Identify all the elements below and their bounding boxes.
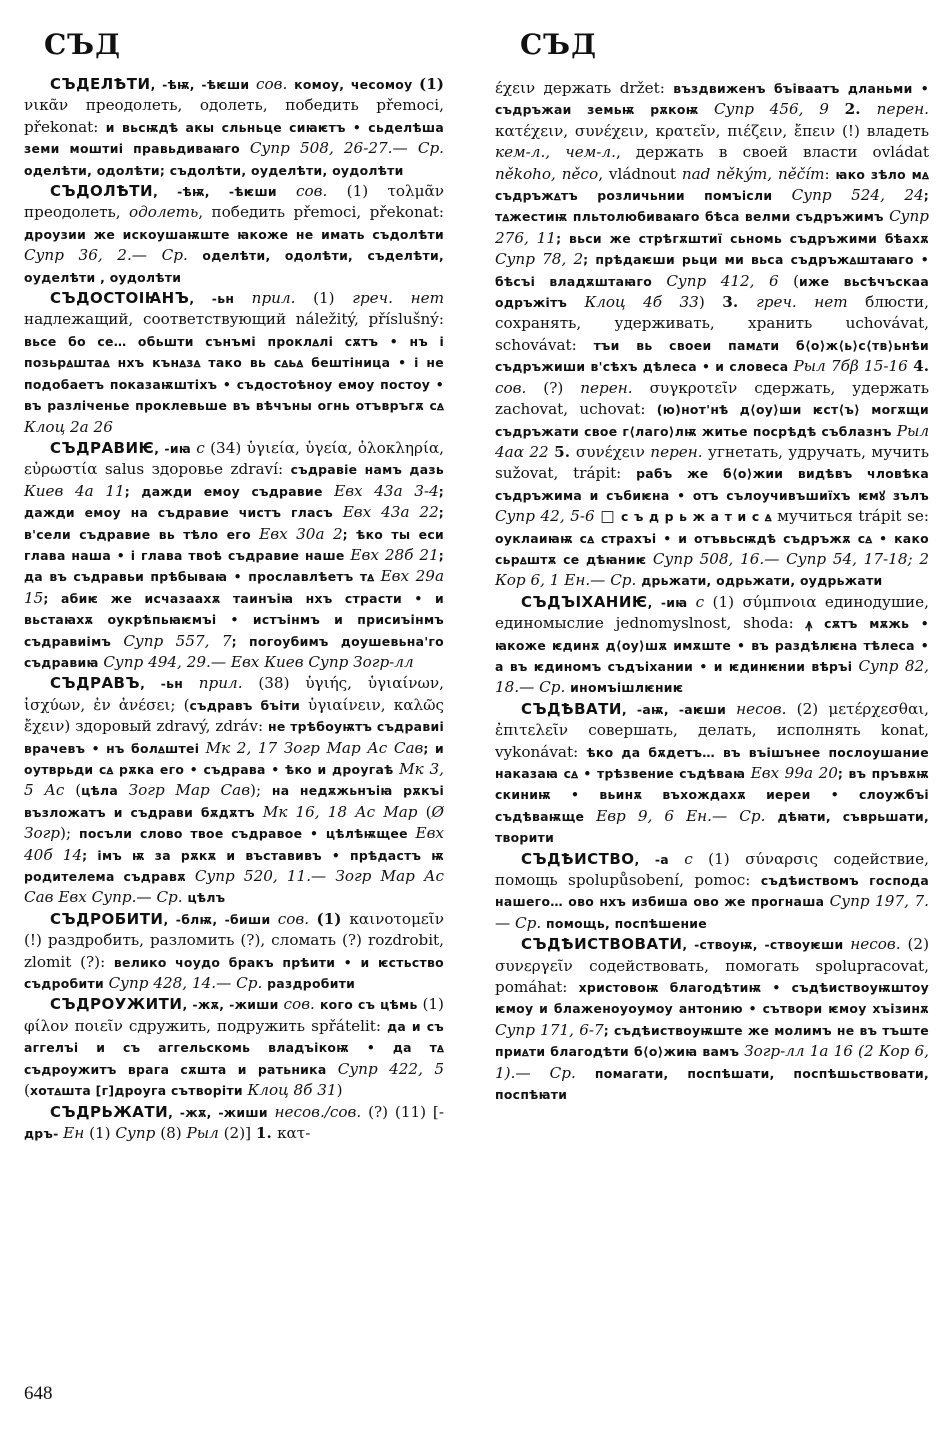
dictionary-entry: СЪДЕЛѢТИ, -ѣѭ, -ѣѥши сов. комоу, чесомоу… [24, 74, 444, 181]
old-church-slavonic-text: дрьжати, одрьжати, оудрьжати [641, 573, 882, 588]
italic-annotation: перен. [650, 443, 708, 461]
gloss-text: ) [337, 1081, 343, 1099]
italic-annotation: несов. [850, 935, 907, 953]
dictionary-entry: СЪДРОУЖИТИ, -жѫ, -жиши сов. кого съ цѣмь… [24, 994, 444, 1101]
italic-annotation: Евх 99а 20 [751, 764, 838, 782]
old-church-slavonic-text: ; вьси же стрѣгѫштиї сьномь съдръжими бѣ… [556, 231, 929, 246]
italic-annotation: Ен [63, 1124, 89, 1142]
gloss-text: мучиться trápit se: [777, 507, 929, 525]
italic-annotation: Евх 28б 21 [350, 546, 438, 564]
gloss-text: □ [600, 507, 621, 525]
italic-annotation: Супр 171, 6-7 [495, 1021, 604, 1039]
dictionary-entry: СЪДОЛѢТИ, -ѣѭ, -ѣѥши сов. (1) τολμᾶν пре… [24, 181, 444, 288]
old-church-slavonic-text: , -блѭ, -биши [163, 912, 277, 927]
old-church-slavonic-text: съдравіе намъ дазь [291, 462, 444, 477]
entry-headword: СЪДѢВАТИ [521, 700, 622, 718]
old-church-slavonic-text: , -жѫ, -жиши [182, 997, 283, 1012]
gloss-text: 5. [554, 443, 576, 461]
italic-annotation: с [196, 439, 210, 457]
italic-annotation: несов. [736, 700, 797, 718]
dictionary-entry: СЪДѢВАТИ, -аѭ, -аѥши несов. (2) μετέρχεσ… [495, 699, 929, 849]
old-church-slavonic-text: цѣлъ [187, 890, 225, 905]
italic-annotation: Евх 30а 2 [259, 525, 343, 543]
right-column: έχειν держать držet: въздвиженъ бъіваатъ… [495, 78, 929, 1106]
old-church-slavonic-text: , -ѣѭ, -ѣѥши [151, 77, 256, 92]
gloss-text: (?) (11) [- [368, 1103, 444, 1121]
old-church-slavonic-text: комоу, чесомоу [294, 77, 419, 92]
entry-headword: СЪДРОБИТИ [50, 910, 163, 928]
dictionary-entry: СЪДРАВИѤ, -иꙗ с (34) ὑγιεία, ὑγεία, ὁλοκ… [24, 438, 444, 673]
old-church-slavonic-text: раздробити [267, 976, 355, 991]
italic-annotation: сов. [495, 379, 543, 397]
italic-annotation: кем-л., чем-л. [495, 143, 616, 161]
italic-annotation: nad někým, něčím [682, 165, 825, 183]
italic-annotation: Супр 36, 2.— Ср. [24, 246, 202, 264]
italic-annotation: сов. [278, 910, 317, 928]
old-church-slavonic-text: , -а [635, 852, 685, 867]
old-church-slavonic-text: посъли слово твое съдравое • цѣлѣѭщее [79, 826, 416, 841]
italic-annotation: с [696, 593, 713, 611]
italic-annotation: греч. нет [756, 293, 865, 311]
italic-annotation: Супр 508, 26-27.— Ср. [250, 139, 444, 157]
italic-annotation: Супр 524, 24 [792, 186, 924, 204]
italic-annotation: Клоц 4б 33 [584, 293, 698, 311]
gloss-text: (1) [313, 289, 352, 307]
gloss-text: надлежащий, соответствующий náležitý, př… [24, 310, 444, 328]
old-church-slavonic-text: кого съ цѣмь [320, 997, 423, 1012]
gloss-text: 4. [913, 357, 929, 375]
gloss-text: κατ- [277, 1124, 310, 1142]
dictionary-entry: СЪДРЬЖАТИ, -жѫ, -жиши несов./сов. (?) (1… [24, 1102, 444, 1145]
old-church-slavonic-text: дръ- [24, 1126, 63, 1141]
italic-annotation: Евх 43а 22 [343, 503, 439, 521]
left-column: СЪДЕЛѢТИ, -ѣѭ, -ѣѥши сов. комоу, чесомоу… [24, 74, 444, 1144]
gloss-text: ); [60, 824, 79, 842]
page-number: 648 [24, 1383, 53, 1405]
old-church-slavonic-text: , -ьн [189, 291, 251, 306]
old-church-slavonic-text: дроузии же искоушаѭште ꙗкоже не имать съ… [24, 227, 444, 242]
gloss-text: 1. [256, 1124, 277, 1142]
dictionary-entry: СЪДѢИСТВО, -а с (1) σύναρσις содействие,… [495, 849, 929, 935]
italic-annotation: Мк 16, 18 Ас Мар [263, 803, 426, 821]
gloss-text: , победить přemoci, překonat: [198, 203, 444, 221]
entry-headword: СЪДРОУЖИТИ [50, 995, 182, 1013]
italic-annotation: Супр 42, 5-6 [495, 507, 600, 525]
italic-annotation: греч. нет [352, 289, 444, 307]
dictionary-page: СЪД СЪД СЪДЕЛѢТИ, -ѣѭ, -ѣѥши сов. комоу,… [0, 0, 950, 1439]
entry-headword: СЪДѢИСТВО [521, 850, 635, 868]
italic-annotation: Супр 412, 6 [666, 272, 793, 290]
old-church-slavonic-text: оделѣти, одолѣти; съдолѣти, оуделѣти, оу… [24, 163, 404, 178]
italic-annotation: одолеть [129, 203, 198, 221]
italic-annotation: Супр 428, 14.— Ср. [109, 974, 268, 992]
gloss-text: ); [250, 781, 272, 799]
italic-annotation: Зогр Мар Сав [129, 781, 250, 799]
old-church-slavonic-text: , -иꙗ [648, 595, 696, 610]
italic-annotation: Супр 78, 2 [495, 250, 583, 268]
old-church-slavonic-text: , -аѭ, -аѥши [622, 702, 736, 717]
old-church-slavonic-text: хотꙙшта [г]дроуга сътворіти [30, 1083, 248, 1098]
italic-annotation: Мк 2, 17 Зогр Мар Ас Сав [206, 739, 424, 757]
running-head-right: СЪД [520, 28, 597, 61]
gloss-text: 3. [722, 293, 756, 311]
old-church-slavonic-text: вьсе бо се… обьшти сънъмі проклꙙлі сѫтъ … [24, 334, 444, 413]
gloss-text: (1) [419, 75, 444, 93]
italic-annotation: Клоц 2а 26 [24, 418, 113, 436]
gloss-text: , vládnout [598, 165, 682, 183]
italic-annotation: несов./сов. [274, 1103, 368, 1121]
old-church-slavonic-text: , -жѫ, -жиши [168, 1105, 274, 1120]
italic-annotation: Евр 9, 6 Ен.— Ср. [596, 807, 777, 825]
italic-annotation: с [684, 850, 708, 868]
entry-headword: СЪДОСТОІꙖНЪ [50, 289, 189, 307]
gloss-text: : [825, 165, 836, 183]
gloss-text: συνέχειν [576, 443, 650, 461]
italic-annotation: Рыл [187, 1124, 224, 1142]
italic-annotation: сов. [256, 75, 294, 93]
old-church-slavonic-text: иномъішлѥниѥ [570, 680, 683, 695]
old-church-slavonic-text: ; дажди емоу съдравие [125, 484, 334, 499]
old-church-slavonic-text: , -иꙗ [154, 441, 196, 456]
entry-headword: СЪДРЬЖАТИ [50, 1103, 168, 1121]
italic-annotation: прил. [252, 289, 313, 307]
dictionary-entry: СЪДРАВЪ, -ьн прил. (38) ὑγιής, ὑγιαίνων,… [24, 673, 444, 908]
italic-annotation: перен. [877, 100, 929, 118]
entry-headword: СЪДѢИСТВОВАТИ [521, 935, 682, 953]
gloss-text: (1) [89, 1124, 115, 1142]
italic-annotation: Киев 4а 11 [24, 482, 125, 500]
italic-annotation: перен. [580, 379, 649, 397]
entry-headword: СЪДРАВИѤ [50, 439, 154, 457]
gloss-text: , держать в своей власти ovládat [616, 143, 929, 161]
dictionary-entry: СЪДОСТОІꙖНЪ, -ьн прил. (1) греч. нет над… [24, 288, 444, 438]
old-church-slavonic-text: с ъ д р ь ж а т и с ꙙ [621, 509, 777, 524]
italic-annotation: Супр [115, 1124, 160, 1142]
dictionary-entry: СЪДРОБИТИ, -блѭ, -биши сов. (1) καινοτομ… [24, 909, 444, 995]
old-church-slavonic-text: цѣла [81, 783, 129, 798]
italic-annotation: прил. [199, 674, 259, 692]
entry-headword: СЪДРАВЪ [50, 674, 140, 692]
entry-headword: СЪДЪІХАНИѤ [521, 593, 648, 611]
old-church-slavonic-text: съдравъ бъіти [190, 698, 309, 713]
old-church-slavonic-text: , -ьн [140, 676, 199, 691]
dictionary-entry: έχειν держать držet: въздвиженъ бъіваатъ… [495, 78, 929, 592]
dictionary-entry: СЪДѢИСТВОВАТИ, -ствоуѭ, -ствоуѥши несов.… [495, 934, 929, 1105]
gloss-text: (1) [317, 910, 350, 928]
italic-annotation: Супр 557, 7 [123, 632, 231, 650]
running-head-left: СЪД [44, 28, 121, 61]
italic-annotation: Супр 494, 29.— Евх Киев Супр Зогр-лл [103, 653, 413, 671]
gloss-text: κατέχειν, συνέχειν, κρατεῖν, πιέζειν, ἔπ… [495, 122, 929, 140]
italic-annotation: сов. [296, 182, 347, 200]
gloss-text: (8) [160, 1124, 186, 1142]
entry-headword: СЪДЕЛѢТИ [50, 75, 151, 93]
old-church-slavonic-text: помощь, поспѣшение [546, 916, 707, 931]
italic-annotation: Евх 43а 3-4 [334, 482, 439, 500]
gloss-text: (2)] [224, 1124, 256, 1142]
gloss-text: (?) [543, 379, 580, 397]
gloss-text: έχειν держать držet: [495, 79, 673, 97]
dictionary-entry: СЪДЪІХАНИѤ, -иꙗ с (1) σύμπνοια единодуши… [495, 592, 929, 699]
gloss-text: ) [699, 293, 722, 311]
italic-annotation: Клоц 8б 31 [248, 1081, 337, 1099]
old-church-slavonic-text: , -ѣѭ, -ѣѥши [153, 184, 296, 199]
gloss-text: 2. [845, 100, 877, 118]
italic-annotation: сов. [284, 995, 320, 1013]
entry-headword: СЪДОЛѢТИ [50, 182, 153, 200]
italic-annotation: Супр 422, 5 [338, 1060, 444, 1078]
old-church-slavonic-text: , -ствоуѭ, -ствоуѥши [682, 937, 850, 952]
italic-annotation: Супр 456, 9 [714, 100, 845, 118]
italic-annotation: někoho, něco [495, 165, 598, 183]
italic-annotation: Рыл 7бβ 15-16 [793, 357, 913, 375]
